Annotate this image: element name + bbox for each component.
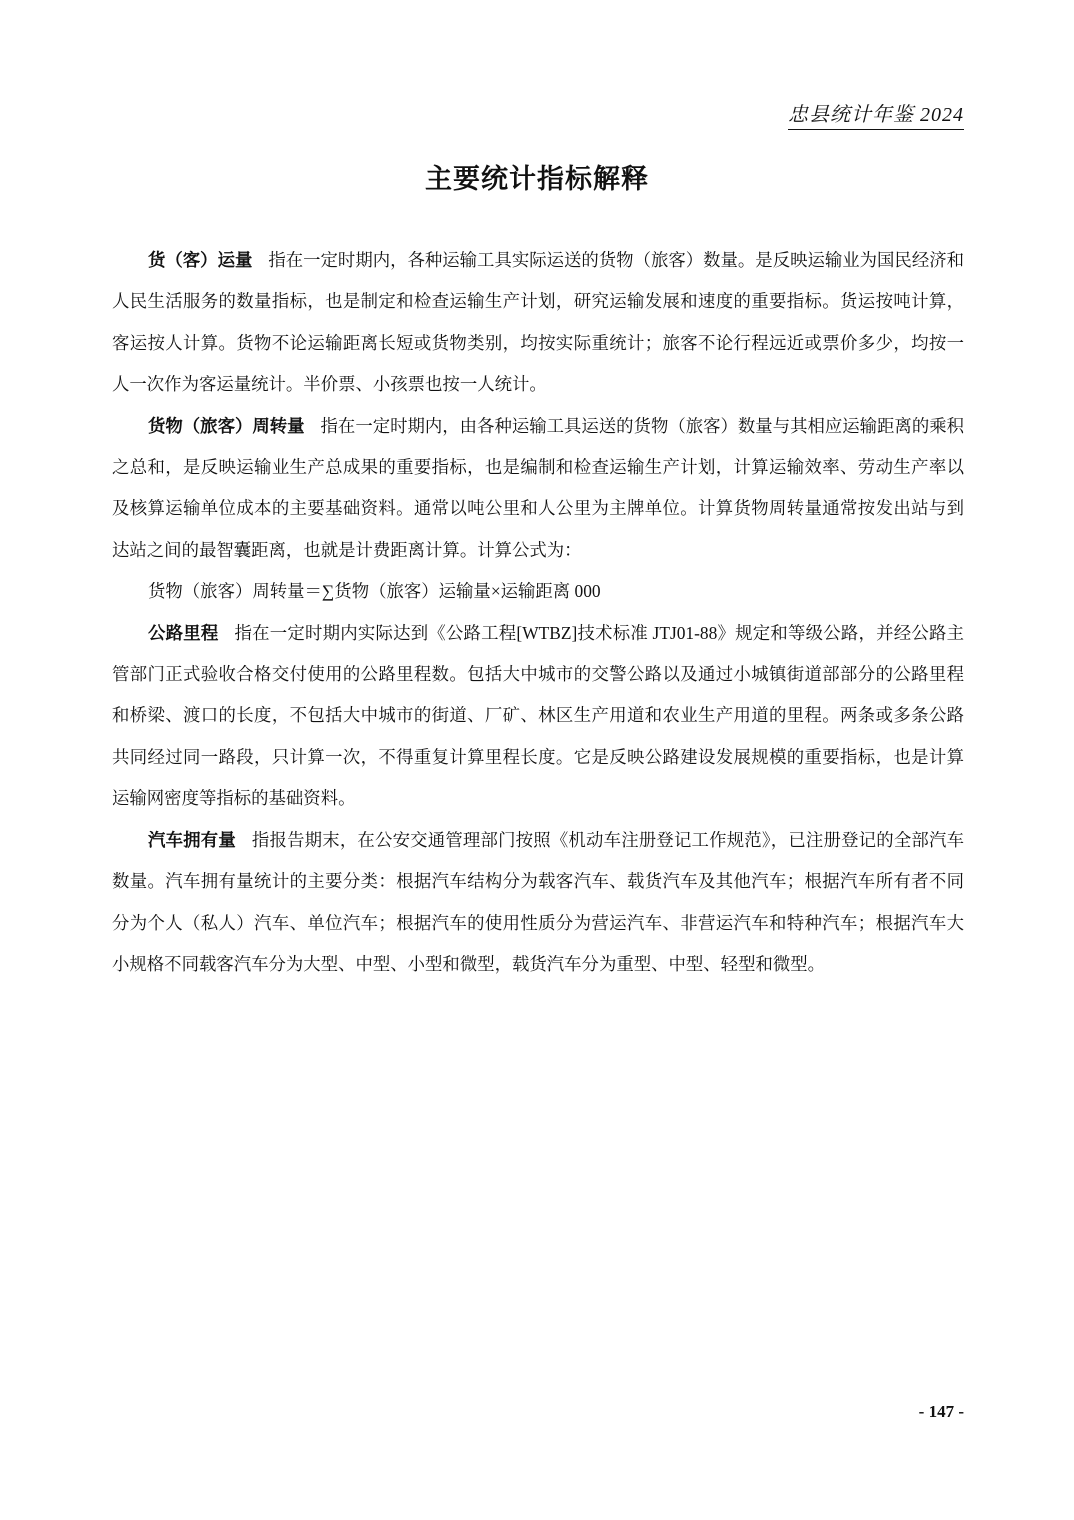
page-title: 主要统计指标解释 bbox=[0, 160, 1074, 200]
entry-term: 公路里程 bbox=[148, 623, 218, 643]
entry-highway-mileage: 公路里程指在一定时期内实际达到《公路工程[WTBZ]技术标准 JTJ01-88》… bbox=[112, 613, 964, 820]
entry-definition: 指在一定时期内实际达到《公路工程[WTBZ]技术标准 JTJ01-88》规定和等… bbox=[112, 623, 964, 809]
entry-freight-passenger-volume: 货（客）运量指在一定时期内，各种运输工具实际运送的货物（旅客）数量。是反映运输业… bbox=[112, 240, 964, 406]
turnover-formula: 货物（旅客）周转量＝∑货物（旅客）运输量×运输距离 000 bbox=[112, 571, 964, 612]
entry-term: 汽车拥有量 bbox=[148, 830, 236, 850]
entry-turnover-volume: 货物（旅客）周转量指在一定时期内，由各种运输工具运送的货物（旅客）数量与其相应运… bbox=[112, 406, 964, 572]
page-number: - 147 - bbox=[919, 1400, 964, 1424]
entry-definition: 指在一定时期内，各种运输工具实际运送的货物（旅客）数量。是反映运输业为国民经济和… bbox=[112, 250, 964, 394]
entry-vehicle-ownership: 汽车拥有量指报告期末，在公安交通管理部门按照《机动车注册登记工作规范》，已注册登… bbox=[112, 820, 964, 986]
entry-term: 货物（旅客）周转量 bbox=[148, 416, 305, 436]
entry-definition: 指报告期末，在公安交通管理部门按照《机动车注册登记工作规范》，已注册登记的全部汽… bbox=[112, 830, 964, 974]
running-header-title: 忠县统计年鉴 2024 bbox=[788, 102, 964, 130]
entry-term: 货（客）运量 bbox=[148, 250, 252, 270]
entry-definition: 指在一定时期内，由各种运输工具运送的货物（旅客）数量与其相应运输距离的乘积之总和… bbox=[112, 416, 964, 560]
document-body: 货（客）运量指在一定时期内，各种运输工具实际运送的货物（旅客）数量。是反映运输业… bbox=[112, 240, 964, 985]
